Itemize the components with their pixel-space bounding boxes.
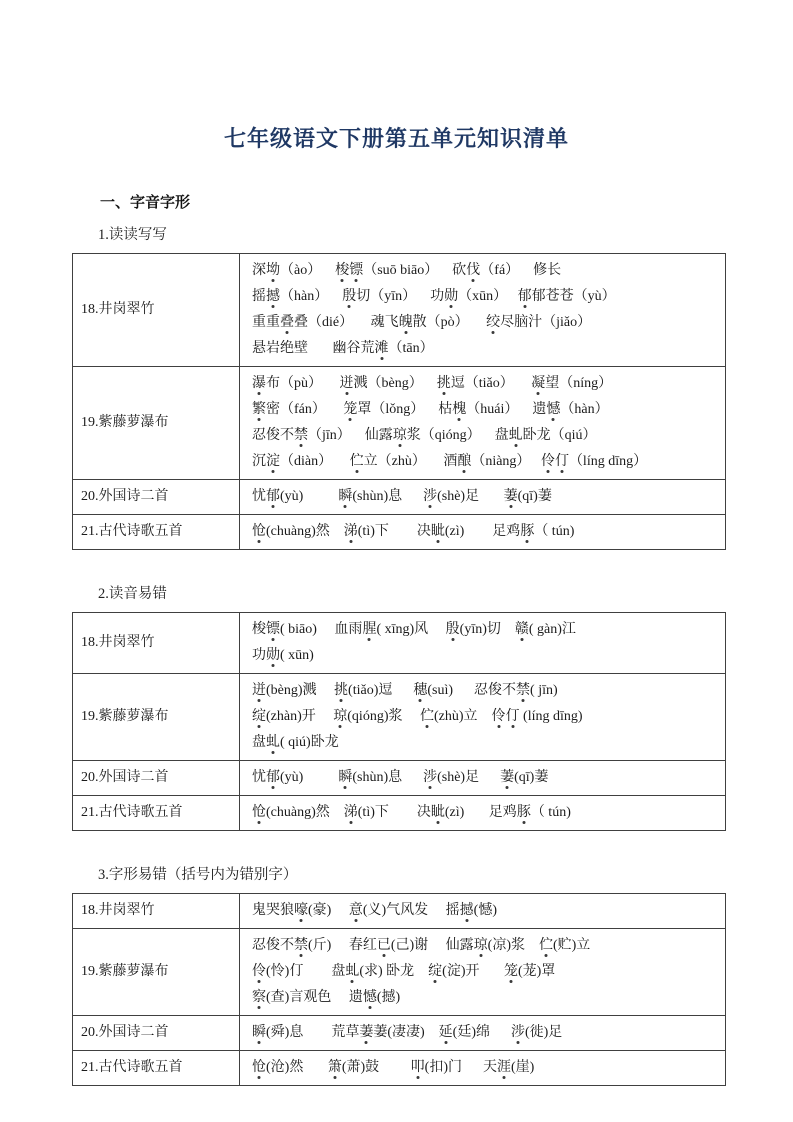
content-cell: 瞬(舜)息 荒草萋萋(凄凄) 延(廷)绵 涉(徙)足 [240, 1016, 726, 1051]
content-line: 忧郁(yù) 瞬(shùn)息 涉(shè)足 萋(qī)萋 [252, 765, 717, 791]
content-line: 伶(怜)仃 盘虬(求) 卧龙 绽(淀)开 笼(茏)罩 [252, 959, 717, 985]
lesson-cell: 18.井岗翠竹 [73, 613, 240, 674]
section-heading-pronunciation: 一、字音字形 [100, 191, 726, 212]
content-cell: 忧郁(yù) 瞬(shùn)息 涉(shè)足 萋(qī)萋 [240, 761, 726, 796]
lesson-cell: 19.紫藤萝瀑布 [73, 367, 240, 480]
lesson-cell: 18.井岗翠竹 [73, 254, 240, 367]
content-line: 瀑布（pù） 迸溅（bèng） 挑逗（tiǎo） 凝望（níng） [252, 371, 717, 397]
content-line: 功勋( xūn) [252, 643, 717, 669]
content-line: 繁密（fán） 笼罩（lǒng） 枯槐（huái） 遗憾（hàn） [252, 397, 717, 423]
document-page: 七年级语文下册第五单元知识清单 一、字音字形 1.读读写写 18.井岗翠竹 深坳… [0, 0, 793, 1122]
content-cell: 忧郁(yù) 瞬(shùn)息 涉(shè)足 萋(qī)萋 [240, 480, 726, 515]
content-line: 绽(zhàn)开 琼(qióng)浆 伫(zhù)立 伶仃 (líng dīng… [252, 704, 717, 730]
content-cell: 怆(沧)然 箫(萧)鼓 叩(扣)门 天涯(崖) [240, 1051, 726, 1086]
table-row: 20.外国诗二首 忧郁(yù) 瞬(shùn)息 涉(shè)足 萋(qī)萋 [73, 761, 726, 796]
content-line: 盘虬( qiú)卧龙 [252, 730, 717, 756]
vocab-table-error-prone-sounds: 18.井岗翠竹 梭镖( biāo) 血雨腥( xīng)风 殷(yīn)切 赣(… [72, 612, 726, 831]
table-row: 21.古代诗歌五首 怆(沧)然 箫(萧)鼓 叩(扣)门 天涯(崖) [73, 1051, 726, 1086]
content-cell: 怆(chuàng)然 涕(tì)下 决眦(zì) 足鸡豚（ tún) [240, 515, 726, 550]
lesson-cell: 21.古代诗歌五首 [73, 796, 240, 831]
content-line: 忧郁(yù) 瞬(shùn)息 涉(shè)足 萋(qī)萋 [252, 484, 717, 510]
content-line: 沉淀（diàn） 伫立（zhù） 酒酿（niàng） 伶仃（líng dīng） [252, 449, 717, 475]
table-row: 20.外国诗二首 瞬(舜)息 荒草萋萋(凄凄) 延(廷)绵 涉(徙)足 [73, 1016, 726, 1051]
subsection-label-1: 1.读读写写 [98, 223, 726, 244]
content-line: 迸(bèng)溅 挑(tiǎo)逗 穗(suì) 忍俊不禁( jīn) [252, 678, 717, 704]
content-line: 忍俊不禁(斤) 春红已(己)谢 仙露琼(凉)浆 伫(贮)立 [252, 933, 717, 959]
content-line: 悬岩绝壁 幽谷荒滩（tān） [252, 336, 717, 362]
table-row: 21.古代诗歌五首 怆(chuàng)然 涕(tì)下 决眦(zì) 足鸡豚（ … [73, 796, 726, 831]
subsection-label-2: 2.读音易错 [98, 582, 726, 603]
lesson-cell: 20.外国诗二首 [73, 1016, 240, 1051]
content-line: 瞬(舜)息 荒草萋萋(凄凄) 延(廷)绵 涉(徙)足 [252, 1020, 717, 1046]
content-line: 重重叠叠（dié） 魂飞魄散（pò） 绞尽脑汁（jiǎo） [252, 310, 717, 336]
table-row: 19.紫藤萝瀑布 瀑布（pù） 迸溅（bèng） 挑逗（tiǎo） 凝望（nín… [73, 367, 726, 480]
content-cell: 迸(bèng)溅 挑(tiǎo)逗 穗(suì) 忍俊不禁( jīn) 绽(zh… [240, 674, 726, 761]
content-cell: 忍俊不禁(斤) 春红已(己)谢 仙露琼(凉)浆 伫(贮)立 伶(怜)仃 盘虬(求… [240, 929, 726, 1016]
document-content: 一、字音字形 1.读读写写 18.井岗翠竹 深坳（ào） 梭镖（suō biāo… [72, 191, 726, 1086]
content-line: 怆(chuàng)然 涕(tì)下 决眦(zì) 足鸡豚（ tún) [252, 800, 717, 826]
table-row: 19.紫藤萝瀑布 迸(bèng)溅 挑(tiǎo)逗 穗(suì) 忍俊不禁( … [73, 674, 726, 761]
page-title: 七年级语文下册第五单元知识清单 [0, 0, 793, 153]
lesson-cell: 21.古代诗歌五首 [73, 515, 240, 550]
table-row: 18.井岗翠竹 深坳（ào） 梭镖（suō biāo） 砍伐（fá） 修长 摇撼… [73, 254, 726, 367]
table-row: 20.外国诗二首 忧郁(yù) 瞬(shùn)息 涉(shè)足 萋(qī)萋 [73, 480, 726, 515]
lesson-cell: 19.紫藤萝瀑布 [73, 674, 240, 761]
vocab-table-read-write: 18.井岗翠竹 深坳（ào） 梭镖（suō biāo） 砍伐（fá） 修长 摇撼… [72, 253, 726, 550]
vocab-table-error-prone-forms: 18.井岗翠竹 鬼哭狼嚎(豪) 意(义)气风发 摇撼(憾) 19.紫藤萝瀑布 忍… [72, 893, 726, 1086]
table-row: 18.井岗翠竹 鬼哭狼嚎(豪) 意(义)气风发 摇撼(憾) [73, 894, 726, 929]
content-line: 察(查)言观色 遗憾(撼) [252, 985, 717, 1011]
lesson-cell: 20.外国诗二首 [73, 480, 240, 515]
subsection-label-3: 3.字形易错（括号内为错别字） [98, 863, 726, 884]
content-line: 梭镖( biāo) 血雨腥( xīng)风 殷(yīn)切 赣( gàn)江 [252, 617, 717, 643]
lesson-cell: 18.井岗翠竹 [73, 894, 240, 929]
lesson-cell: 19.紫藤萝瀑布 [73, 929, 240, 1016]
content-cell: 梭镖( biāo) 血雨腥( xīng)风 殷(yīn)切 赣( gàn)江 功… [240, 613, 726, 674]
content-line: 深坳（ào） 梭镖（suō biāo） 砍伐（fá） 修长 [252, 258, 717, 284]
content-line: 忍俊不禁（jīn） 仙露琼浆（qióng） 盘虬卧龙（qiú） [252, 423, 717, 449]
content-line: 怆(chuàng)然 涕(tì)下 决眦(zì) 足鸡豚（ tún) [252, 519, 717, 545]
content-cell: 怆(chuàng)然 涕(tì)下 决眦(zì) 足鸡豚（ tún) [240, 796, 726, 831]
table-row: 21.古代诗歌五首 怆(chuàng)然 涕(tì)下 决眦(zì) 足鸡豚（ … [73, 515, 726, 550]
lesson-cell: 20.外国诗二首 [73, 761, 240, 796]
content-cell: 鬼哭狼嚎(豪) 意(义)气风发 摇撼(憾) [240, 894, 726, 929]
content-line: 怆(沧)然 箫(萧)鼓 叩(扣)门 天涯(崖) [252, 1055, 717, 1081]
content-cell: 深坳（ào） 梭镖（suō biāo） 砍伐（fá） 修长 摇撼（hàn） 殷切… [240, 254, 726, 367]
content-line: 鬼哭狼嚎(豪) 意(义)气风发 摇撼(憾) [252, 898, 717, 924]
table-row: 19.紫藤萝瀑布 忍俊不禁(斤) 春红已(己)谢 仙露琼(凉)浆 伫(贮)立 伶… [73, 929, 726, 1016]
content-line: 摇撼（hàn） 殷切（yīn） 功勋（xūn） 郁郁苍苍（yù） [252, 284, 717, 310]
table-row: 18.井岗翠竹 梭镖( biāo) 血雨腥( xīng)风 殷(yīn)切 赣(… [73, 613, 726, 674]
content-cell: 瀑布（pù） 迸溅（bèng） 挑逗（tiǎo） 凝望（níng） 繁密（fán… [240, 367, 726, 480]
lesson-cell: 21.古代诗歌五首 [73, 1051, 240, 1086]
